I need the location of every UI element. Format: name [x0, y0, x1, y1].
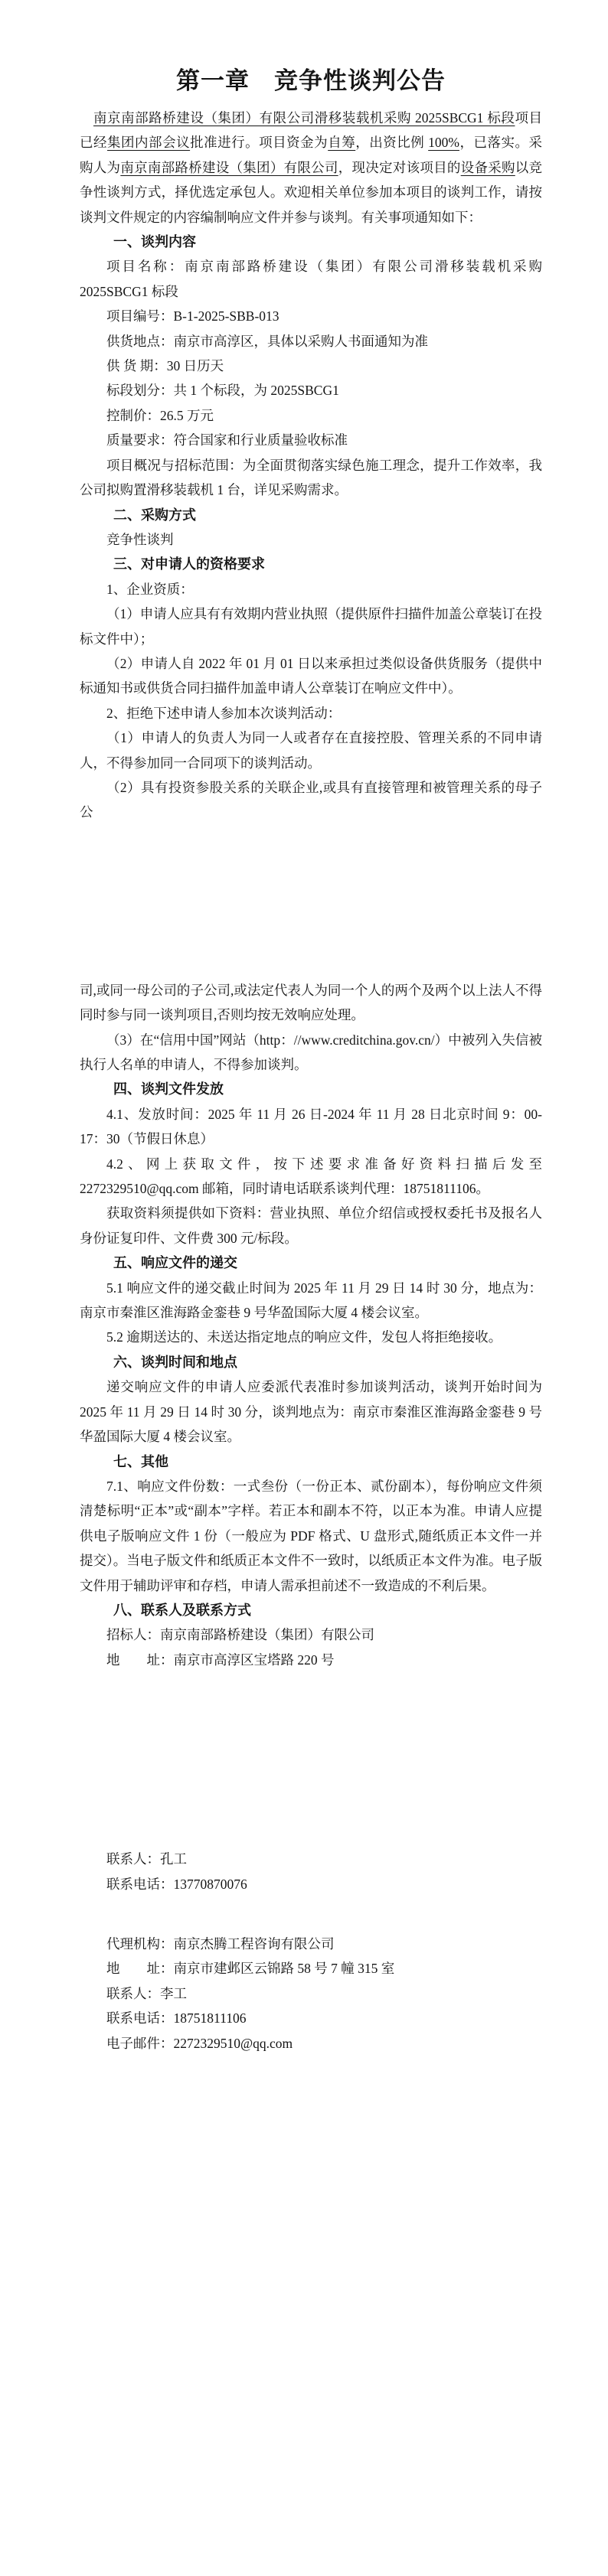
section-7-heading: 七、其他 [80, 1449, 542, 1474]
page-break-gap [80, 1672, 542, 1847]
qualification-item: （2）具有投资参股关系的关联企业,或具有直接管理和被管理关系的母子公 [80, 775, 542, 825]
qualification-item: 1、企业资质： [80, 577, 542, 602]
qualification-item-continued: 司,或同一母公司的子公司,或法定代表人为同一个人的两个及两个以上法人不得同时参与… [80, 978, 542, 1028]
agency-contact-line: 联系人：李工 [80, 1981, 542, 2006]
qualification-item: （1）申请人的负责人为同一人或者存在直接控股、管理关系的不同申请人，不得参加同一… [80, 726, 542, 775]
tenderer-address-line: 地 址：南京市高淳区宝塔路 220 号 [80, 1648, 542, 1672]
project-name-line: 项目名称：南京南部路桥建设（集团）有限公司滑移装载机采购 2025SBCG1 标… [80, 254, 542, 304]
agency-address-line: 地 址：南京市建邺区云锦路 58 号 7 幢 315 室 [80, 1956, 542, 1981]
section-6-heading: 六、谈判时间和地点 [80, 1350, 542, 1374]
late-submission-line: 5.2 逾期送达的、未送达指定地点的响应文件，发包人将拒绝接收。 [80, 1325, 542, 1349]
qualification-item: 2、拒绝下述申请人参加本次谈判活动： [80, 701, 542, 726]
delivery-place-line: 供货地点：南京市高淳区，具体以采购人书面通知为准 [80, 329, 542, 354]
document-obtain-line: 4.2、网上获取文件，按下述要求准备好资料扫描后发至 2272329510@qq… [80, 1152, 542, 1202]
project-number-line: 项目编号：B-1-2025-SBB-013 [80, 304, 542, 328]
control-price-line: 控制价：26.5 万元 [80, 403, 542, 428]
intro-paragraph: 南京南部路桥建设（集团）有限公司滑移装载机采购 2025SBCG1 标段项目已经… [80, 106, 542, 230]
submission-deadline-line: 5.1 响应文件的递交截止时间为 2025 年 11 月 29 日 14 时 3… [80, 1276, 542, 1325]
section-5-heading: 五、响应文件的递交 [80, 1251, 542, 1275]
document-release-time-line: 4.1、发放时间：2025 年 11 月 26 日-2024 年 11 月 28… [80, 1102, 542, 1152]
tenderer-name-line: 招标人：南京南部路桥建设（集团）有限公司 [80, 1622, 542, 1647]
section-8-heading: 八、联系人及联系方式 [80, 1598, 542, 1622]
quality-requirement-line: 质量要求：符合国家和行业质量验收标准 [80, 428, 542, 452]
section-2-heading: 二、采购方式 [80, 503, 542, 527]
agency-name-line: 代理机构：南京杰腾工程咨询有限公司 [80, 1932, 542, 1956]
tenderer-phone-line: 联系电话：13770870076 [80, 1872, 542, 1896]
procurement-method-line: 竞争性谈判 [80, 527, 542, 552]
chapter-title: 第一章 竞争性谈判公告 [80, 66, 542, 96]
delivery-period-line: 供 货 期：30 日历天 [80, 354, 542, 378]
page-break-gap [80, 825, 542, 978]
lot-division-line: 标段划分：共 1 个标段，为 2025SBCG1 [80, 378, 542, 403]
section-1-heading: 一、谈判内容 [80, 230, 542, 254]
agency-phone-line: 联系电话：18751811106 [80, 2006, 542, 2030]
blank-line-gap [80, 1896, 542, 1932]
project-overview-line: 项目概况与招标范围：为全面贯彻落实绿色施工理念，提升工作效率，我公司拟购置滑移装… [80, 453, 542, 503]
negotiation-time-place-line: 递交响应文件的申请人应委派代表准时参加谈判活动，谈判开始时间为 2025 年 1… [80, 1374, 542, 1449]
qualification-item: （1）申请人应具有有效期内营业执照（提供原件扫描件加盖公章装订在投标文件中）； [80, 602, 542, 651]
tenderer-contact-line: 联系人：孔工 [80, 1847, 542, 1871]
agency-email-line: 电子邮件：2272329510@qq.com [80, 2031, 542, 2056]
section-4-heading: 四、谈判文件发放 [80, 1077, 542, 1101]
response-copies-line: 7.1、响应文件份数：一式叁份（一份正本、贰份副本），每份响应文件须清楚标明“正… [80, 1474, 542, 1598]
document-page: 第一章 竞争性谈判公告 南京南部路桥建设（集团）有限公司滑移装载机采购 2025… [0, 0, 608, 2576]
required-materials-line: 获取资料须提供如下资料：营业执照、单位介绍信或授权委托书及报名人身份证复印件、文… [80, 1201, 542, 1251]
section-3-heading: 三、对申请人的资格要求 [80, 552, 542, 576]
qualification-item: （3）在“信用中国”网站（http：//www.creditchina.gov.… [80, 1028, 542, 1078]
qualification-item: （2）申请人自 2022 年 01 月 01 日以来承担过类似设备供货服务（提供… [80, 651, 542, 701]
